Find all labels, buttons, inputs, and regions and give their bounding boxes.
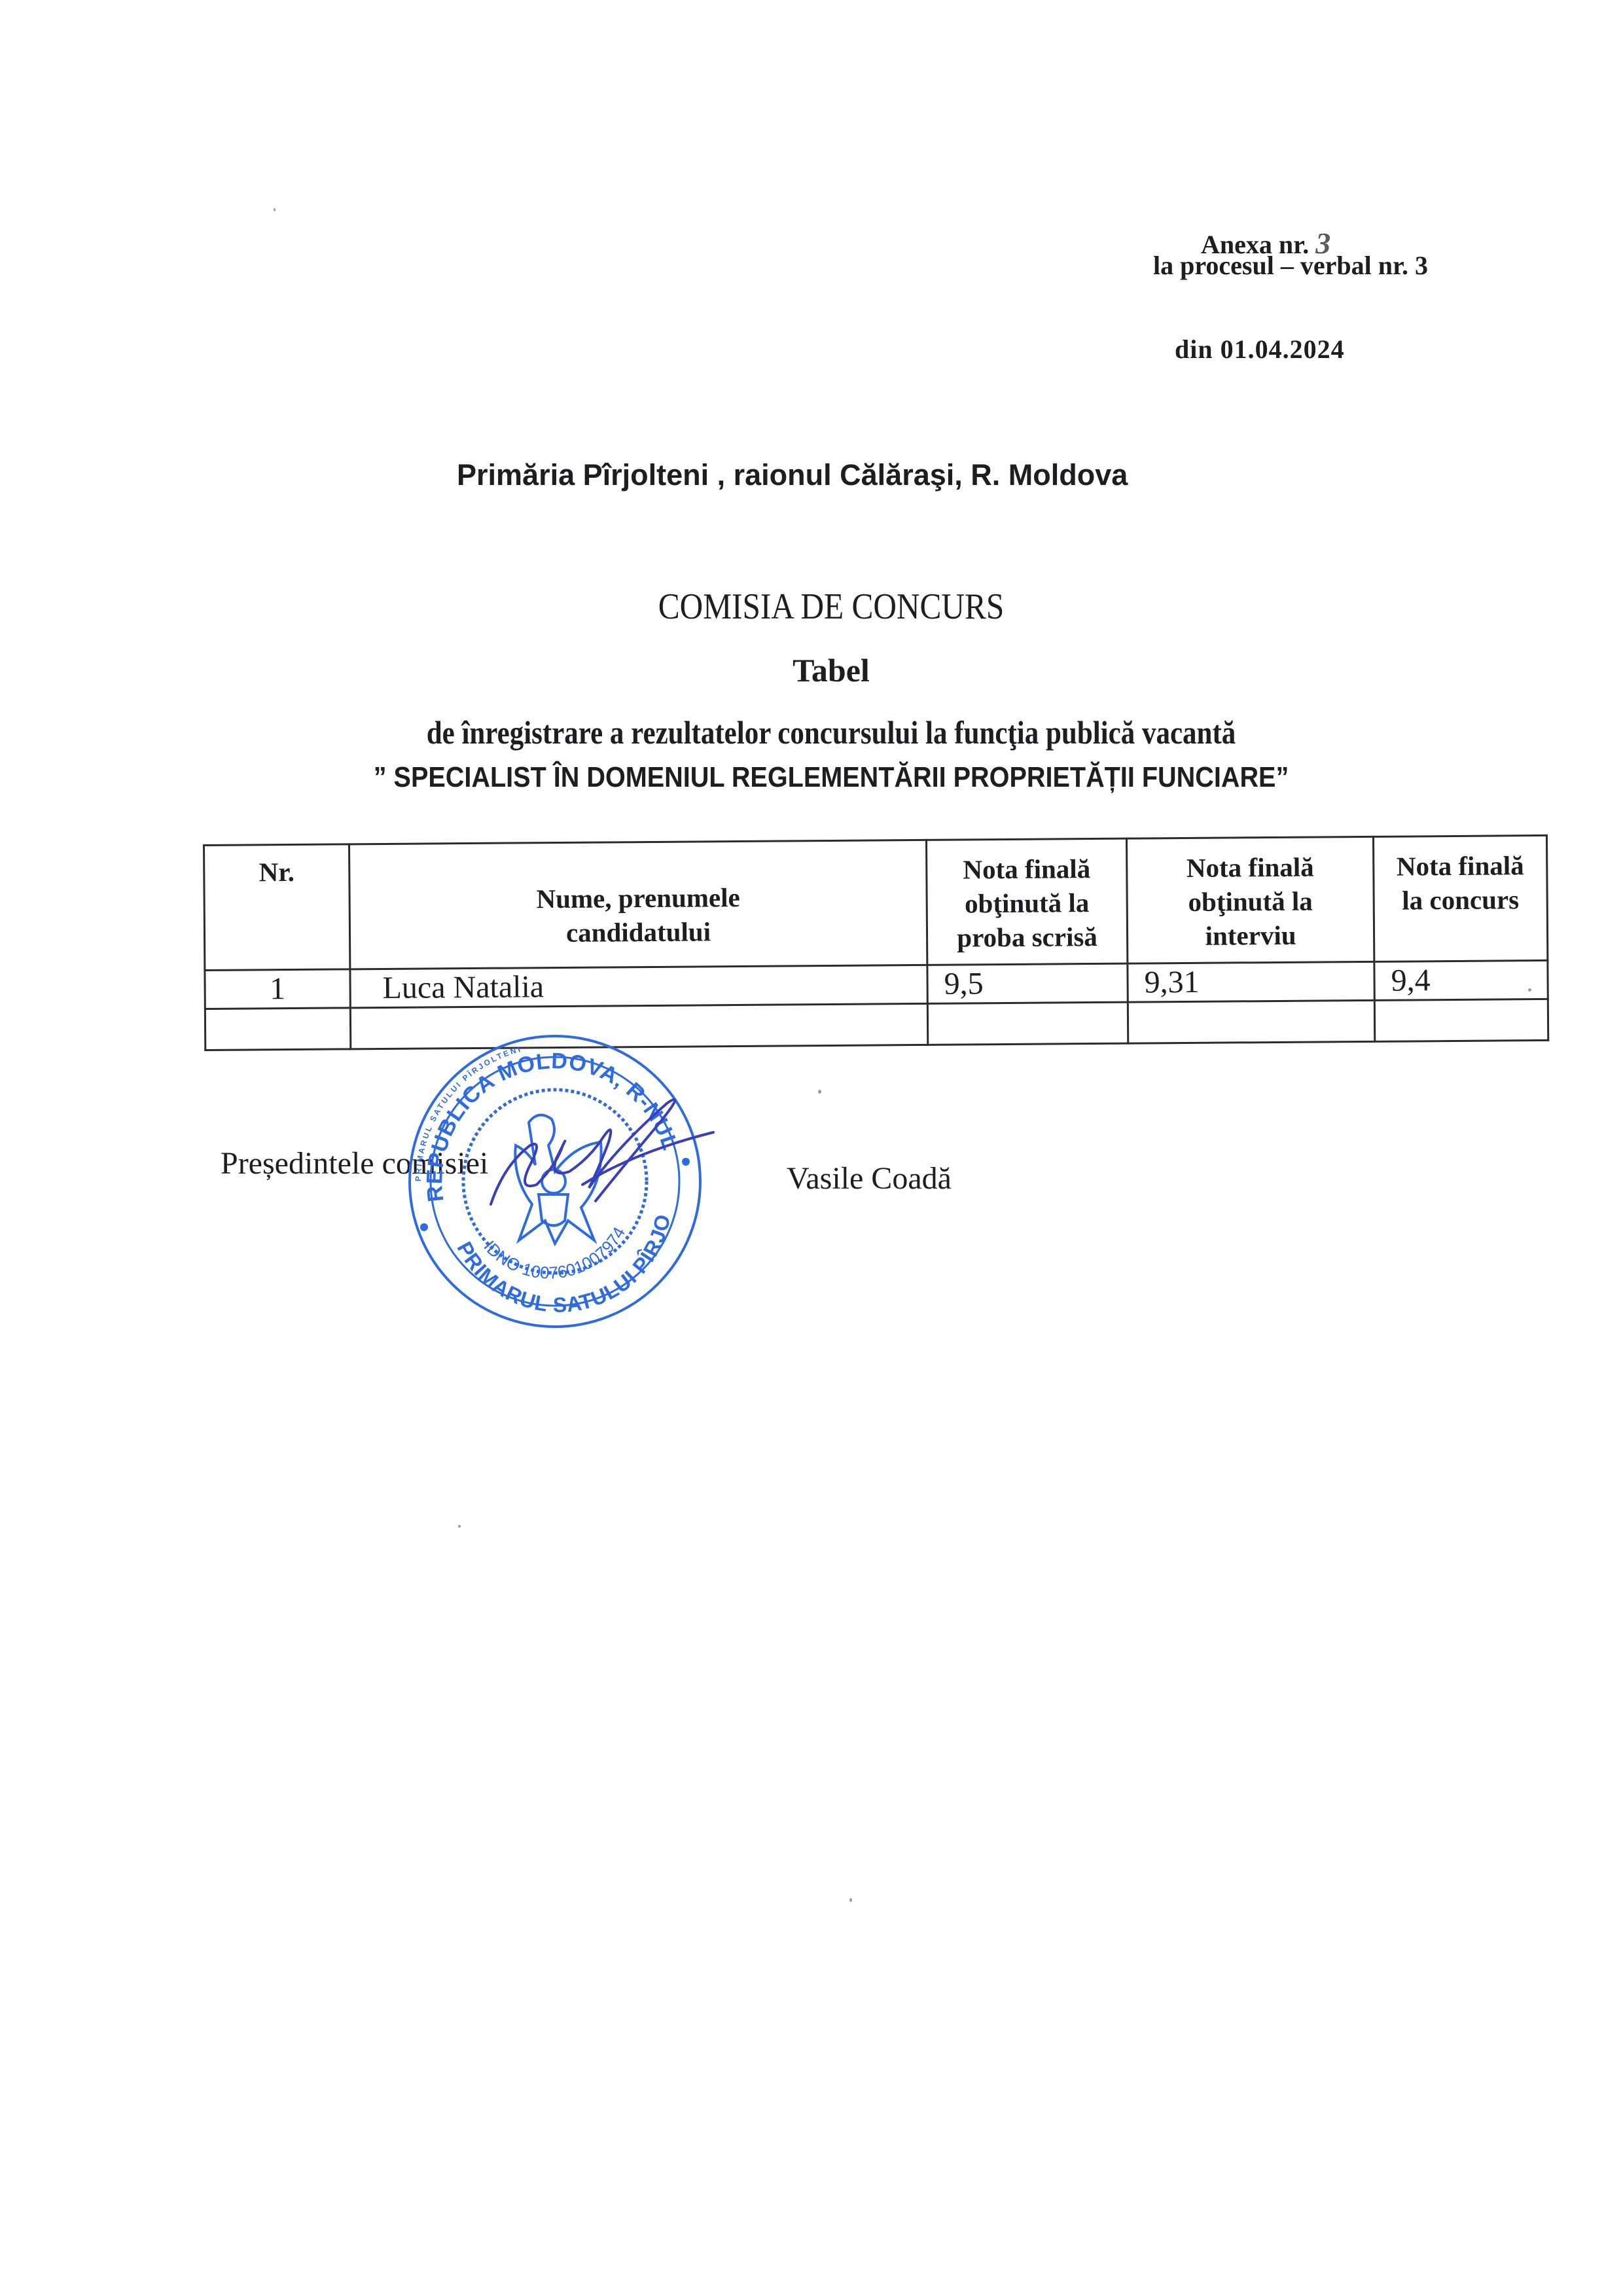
scan-speck xyxy=(458,1525,461,1528)
cell-nr: 1 xyxy=(205,969,350,1009)
cell-written-score: 9,5 xyxy=(927,963,1128,1003)
table-title: Tabel xyxy=(0,651,1623,689)
cell-interview-score xyxy=(1128,1000,1374,1043)
column-header-nr: Nr. xyxy=(204,844,350,971)
column-header-written-score: Nota finalăobţinută laproba scrisă xyxy=(926,838,1127,965)
column-header-final-score: Nota finalăla concurs xyxy=(1373,835,1547,961)
scan-speck xyxy=(818,1090,821,1094)
cell-nr xyxy=(205,1008,350,1050)
cell-candidate-name: Luca Natalia xyxy=(350,965,927,1007)
vacant-position-title: ” SPECIALIST ÎN DOMENIUL REGLEMENTĂRII P… xyxy=(83,761,1579,794)
minutes-reference: la procesul – verbal nr. 3 xyxy=(1153,250,1428,281)
scan-speck xyxy=(849,1898,852,1902)
cell-interview-score: 9,31 xyxy=(1128,961,1374,1002)
scan-speck xyxy=(274,208,276,211)
document-subtitle: de înregistrare a rezultatelor concursul… xyxy=(116,713,1546,751)
president-name: Vasile Coadă xyxy=(787,1160,952,1196)
institution-name: Primăria Pîrjolteni , raionul Călăraşi, … xyxy=(457,458,1128,492)
commission-title: COMISIA DE CONCURS xyxy=(99,586,1562,628)
table-header-row: Nr. Nume, prenumelecandidatului Nota fin… xyxy=(204,835,1548,970)
svg-text:IDNO 1007601007974: IDNO 1007601007974 xyxy=(480,1224,629,1283)
column-header-interview-score: Nota finalăobţinută lainterviu xyxy=(1126,836,1374,963)
scan-speck xyxy=(1528,988,1531,992)
cell-final-score: 9,4 xyxy=(1374,960,1548,1000)
column-header-name: Nume, prenumelecandidatului xyxy=(349,840,927,969)
cell-written-score xyxy=(927,1002,1128,1045)
results-table: Nr. Nume, prenumelecandidatului Nota fin… xyxy=(203,834,1549,1051)
signature-icon xyxy=(484,1086,733,1217)
cell-final-score xyxy=(1374,999,1548,1041)
document-date: din 01.04.2024 xyxy=(1175,334,1345,365)
